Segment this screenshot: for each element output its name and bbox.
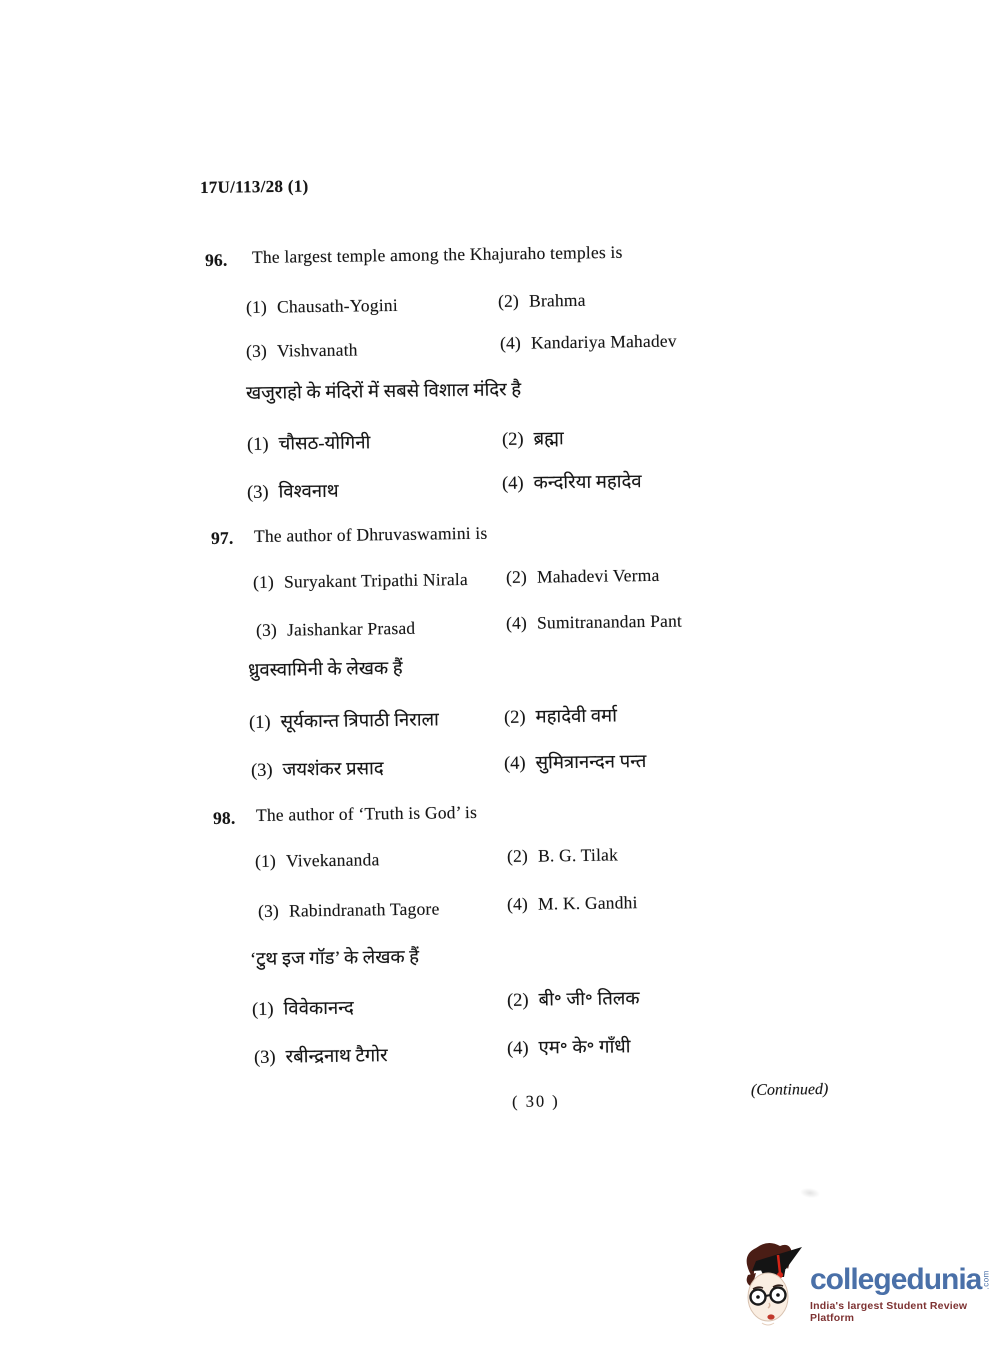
option-label: Vivekananda: [286, 849, 380, 870]
option-label: ब्रह्मा: [533, 429, 563, 449]
option-label: सूर्यकान्त त्रिपाठी निराला: [280, 710, 439, 732]
q98-option-1-hi: (1)विवेकानन्द: [252, 998, 354, 1022]
q96-option-4-en: (4)Kandariya Mahadev: [500, 331, 677, 354]
option-label: Jaishankar Prasad: [287, 618, 416, 640]
option-marker: (4): [506, 613, 527, 634]
collegedunia-mascot-icon: [740, 1239, 804, 1336]
q97-option-4-en: (4)Sumitranandan Pant: [506, 611, 682, 634]
option-marker: (1): [252, 999, 274, 1021]
q97-option-4-hi: (4)सुमित्रानन्दन पन्त: [504, 751, 647, 775]
option-marker: (3): [251, 760, 273, 782]
q98-option-2-hi: (2)बी॰ जी॰ तिलक: [507, 988, 640, 1012]
option-marker: (1): [253, 572, 274, 593]
option-label: बी॰ जी॰ तिलक: [538, 989, 639, 1010]
option-label: M. K. Gandhi: [538, 892, 638, 913]
question-98-stem-english: The author of ‘Truth is God’ is: [256, 802, 477, 826]
option-marker: (4): [504, 753, 526, 775]
q96-option-2-hi: (2)ब्रह्मा: [502, 428, 564, 451]
option-label: Vishvanath: [277, 339, 358, 360]
option-marker: (1): [246, 297, 267, 318]
q96-option-2-en: (2)Brahma: [498, 290, 586, 312]
option-label: Chausath-Yogini: [277, 295, 398, 317]
paper-code: 17U/113/28 (1): [200, 176, 309, 198]
option-marker: (2): [507, 846, 528, 867]
scan-smudge: [799, 1187, 820, 1200]
q96-option-3-en: (3)Vishvanath: [246, 339, 358, 362]
option-marker: (1): [255, 851, 276, 872]
question-96-stem-english: The largest temple among the Khajuraho t…: [252, 242, 623, 268]
option-marker: (2): [498, 291, 519, 312]
option-marker: (3): [258, 901, 279, 922]
question-98-number: 98.: [213, 808, 236, 829]
option-label: कन्दरिया महादेव: [533, 472, 641, 494]
option-marker: (2): [502, 429, 524, 451]
option-label: Rabindranath Tagore: [289, 898, 440, 920]
question-97-stem-english: The author of Dhruvaswamini is: [254, 523, 488, 547]
logo-domain-label: .com: [982, 1280, 991, 1290]
q98-option-4-en: (4)M. K. Gandhi: [507, 892, 638, 915]
q98-option-1-en: (1)Vivekananda: [255, 849, 380, 872]
option-label: Mahadevi Verma: [537, 565, 660, 587]
scanned-exam-page: 17U/113/28 (1) 96. The largest temple am…: [0, 0, 1001, 1356]
option-label: जयशंकर प्रसाद: [282, 759, 383, 780]
continued-note: (Continued): [751, 1080, 829, 1100]
question-96-number: 96.: [205, 250, 228, 271]
option-marker: (2): [506, 567, 527, 588]
page-number: ( 30 ): [512, 1091, 560, 1111]
q97-option-2-en: (2)Mahadevi Verma: [506, 565, 660, 588]
option-marker: (2): [504, 707, 526, 729]
option-label: B. G. Tilak: [538, 844, 618, 865]
option-marker: (1): [247, 434, 269, 456]
option-marker: (4): [507, 1038, 529, 1060]
q96-option-1-en: (1)Chausath-Yogini: [246, 295, 398, 318]
question-96-stem-hindi: खजुराहो के मंदिरों में सबसे विशाल मंदिर …: [246, 379, 521, 405]
q97-option-3-en: (3)Jaishankar Prasad: [256, 618, 416, 641]
option-marker: (3): [256, 620, 277, 641]
option-label: Suryakant Tripathi Nirala: [284, 569, 468, 592]
question-98-stem-hindi: ‘टुथ इज गॉड’ के लेखक हैं: [250, 947, 419, 972]
q97-option-2-hi: (2)महादेवी वर्मा: [504, 705, 617, 729]
option-marker: (4): [507, 894, 528, 915]
option-marker: (3): [246, 341, 267, 362]
q97-option-3-hi: (3)जयशंकर प्रसाद: [251, 758, 384, 782]
option-marker: (2): [507, 990, 529, 1012]
option-marker: (4): [502, 473, 524, 495]
option-marker: (3): [247, 482, 269, 504]
q98-option-4-hi: (4)एम॰ के॰ गाँधी: [507, 1036, 631, 1060]
question-97-stem-hindi: ध्रुवस्वामिनी के लेखक हैं: [248, 658, 403, 682]
q97-option-1-hi: (1)सूर्यकान्त त्रिपाठी निराला: [249, 709, 439, 734]
option-label: विश्वनाथ: [278, 482, 338, 503]
q96-option-4-hi: (4)कन्दरिया महादेव: [502, 471, 642, 495]
collegedunia-logo[interactable]: collegedunia .com India's largest Studen…: [740, 1240, 996, 1335]
option-label: Brahma: [529, 290, 586, 311]
logo-wordmark: collegedunia: [810, 1265, 981, 1295]
logo-tagline: India's largest Student Review Platform: [810, 1300, 996, 1324]
option-marker: (3): [254, 1047, 276, 1069]
option-label: महादेवी वर्मा: [535, 706, 617, 727]
q98-option-2-en: (2)B. G. Tilak: [507, 844, 618, 867]
option-marker: (1): [249, 712, 271, 734]
option-label: सुमित्रानन्दन पन्त: [535, 752, 646, 774]
option-label: Sumitranandan Pant: [537, 611, 682, 633]
q98-option-3-hi: (3)रबीन्द्रनाथ टैगोर: [254, 1045, 388, 1069]
option-label: Kandariya Mahadev: [531, 331, 677, 353]
option-marker: (4): [500, 333, 521, 354]
option-label: चौसठ-योगिनी: [278, 433, 370, 454]
option-label: रबीन्द्रनाथ टैगोर: [285, 1046, 387, 1067]
option-label: विवेकानन्द: [283, 999, 353, 1020]
option-label: एम॰ के॰ गाँधी: [538, 1037, 630, 1058]
q97-option-1-en: (1)Suryakant Tripathi Nirala: [253, 569, 468, 593]
question-97-number: 97.: [211, 528, 234, 549]
q96-option-1-hi: (1)चौसठ-योगिनी: [247, 432, 371, 456]
q96-option-3-hi: (3)विश्वनाथ: [247, 481, 339, 504]
q98-option-3-en: (3)Rabindranath Tagore: [258, 898, 440, 922]
